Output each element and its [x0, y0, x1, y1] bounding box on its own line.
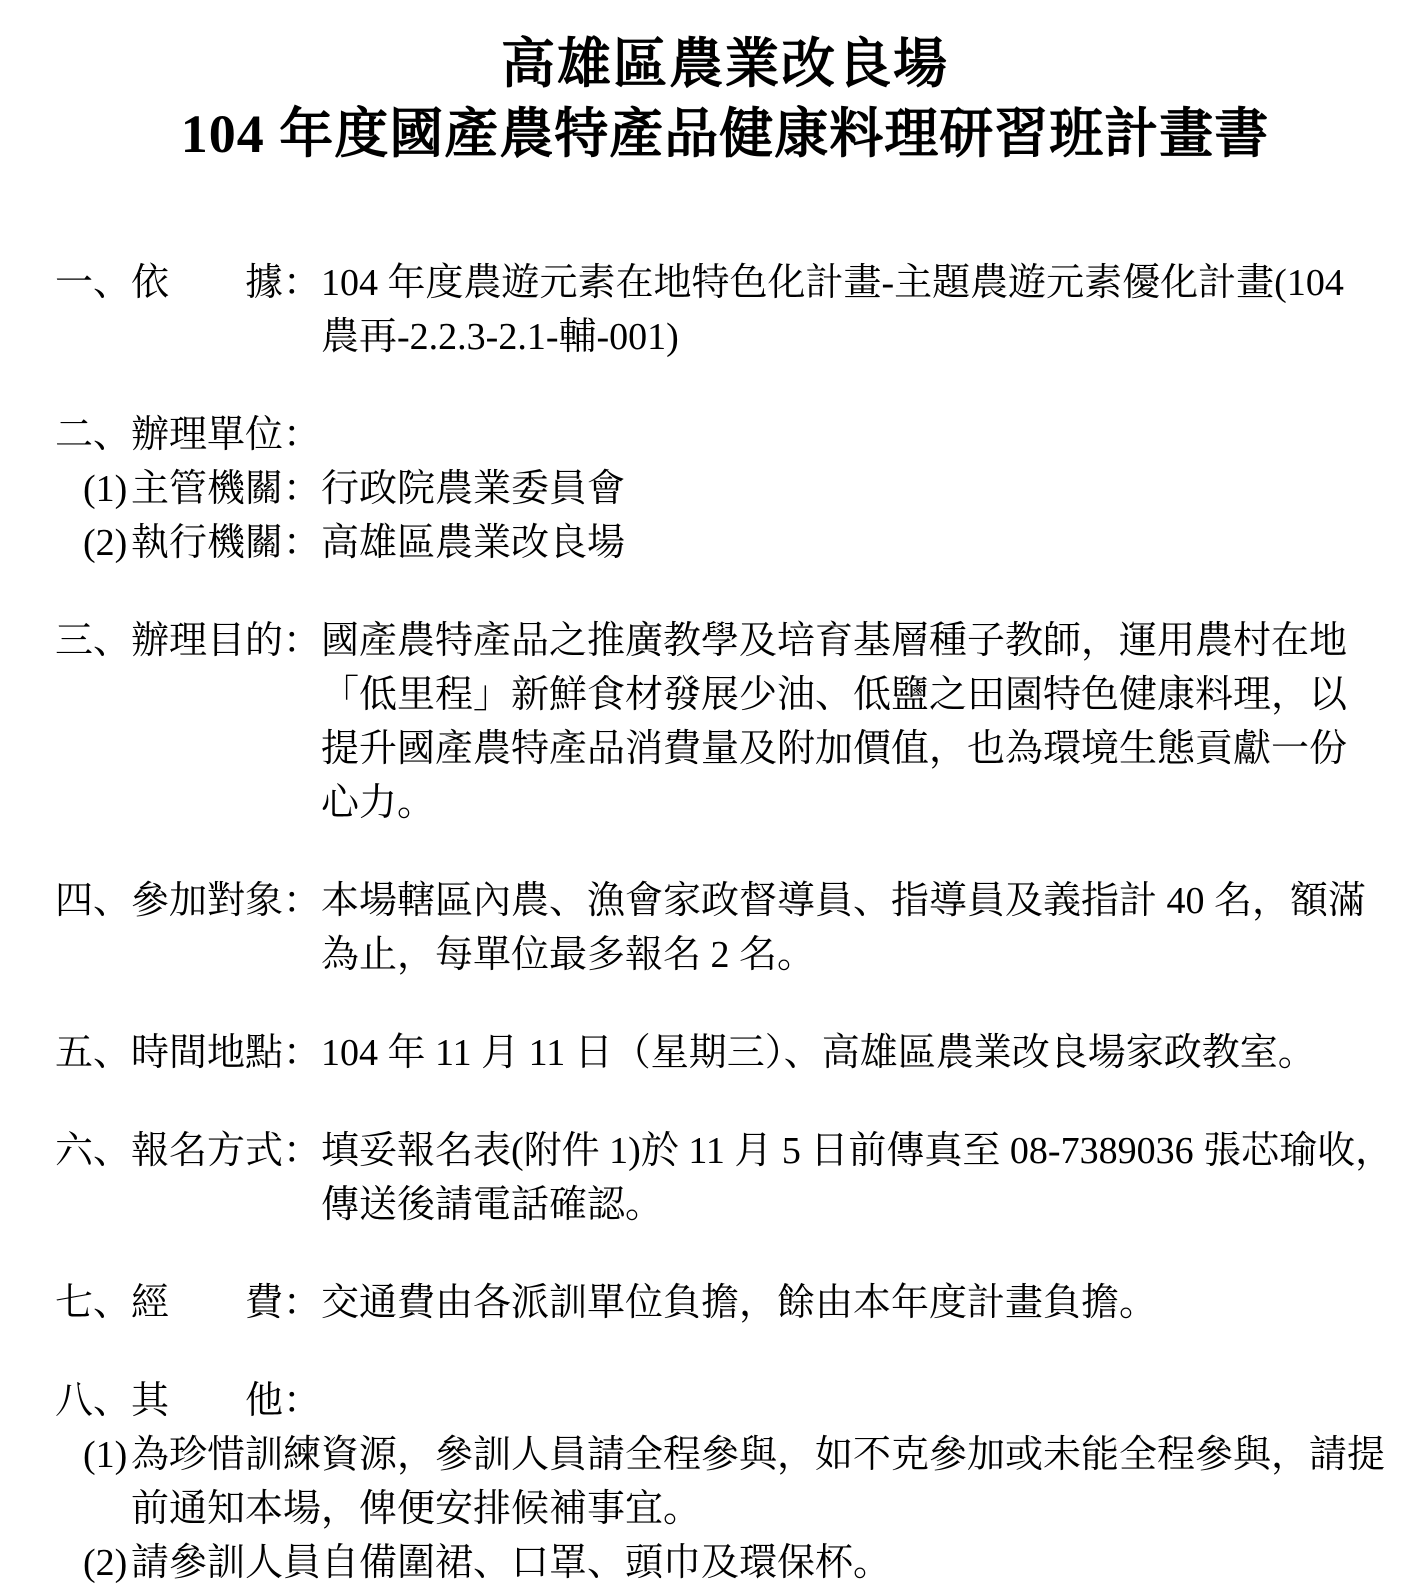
subitem-content: 為珍惜訓練資源，參訓人員請全程參與，如不克參加或未能全程參與，請提 前通知本場，… [131, 1428, 1395, 1536]
section-participants-row: 四、參加對象： 本場轄區內農、漁會家政督導員、指導員及義指計 40 名，額滿 為… [55, 874, 1395, 982]
subitem-content: 執行機關：高雄區農業改良場 [131, 516, 1395, 570]
section-participants-label: 四、參加對象： [55, 874, 321, 928]
text-line: 傳送後請電話確認。 [321, 1178, 1395, 1232]
section-others-row: 八、其 他： [55, 1374, 1395, 1428]
section-funding-row: 七、經 費： 交通費由各派訓單位負擔，餘由本年度計畫負擔。 [55, 1276, 1395, 1330]
section-funding-label: 七、經 費： [55, 1276, 321, 1330]
subitem-number: (1) [83, 1428, 131, 1482]
section-time-place-label: 五、時間地點： [55, 1026, 321, 1080]
section-basis-content: 104 年度農遊元素在地特色化計畫-主題農遊元素優化計畫(104 農再-2.2.… [321, 256, 1395, 364]
section-time-place-row: 五、時間地點： 104 年 11 月 11 日（星期三）、高雄區農業改良場家政教… [55, 1026, 1395, 1080]
subitem-number: (1) [83, 462, 131, 516]
section-purpose-content: 國產農特產品之推廣教學及培育基層種子教師，運用農村在地 「低里程」新鮮食材發展少… [321, 614, 1395, 830]
subitem-attendance-note: (1) 為珍惜訓練資源，參訓人員請全程參與，如不克參加或未能全程參與，請提 前通… [83, 1428, 1395, 1536]
section-funding-content: 交通費由各派訓單位負擔，餘由本年度計畫負擔。 [321, 1276, 1395, 1330]
text-line: 交通費由各派訓單位負擔，餘由本年度計畫負擔。 [321, 1276, 1395, 1330]
text-line: 本場轄區內農、漁會家政督導員、指導員及義指計 40 名，額滿 [321, 874, 1395, 928]
section-participants: 四、參加對象： 本場轄區內農、漁會家政督導員、指導員及義指計 40 名，額滿 為… [55, 874, 1395, 982]
section-time-place-content: 104 年 11 月 11 日（星期三）、高雄區農業改良場家政教室。 [321, 1026, 1395, 1080]
subitem-number: (2) [83, 1536, 131, 1589]
section-others-subitems: (1) 為珍惜訓練資源，參訓人員請全程參與，如不克參加或未能全程參與，請提 前通… [83, 1428, 1395, 1589]
section-registration-label: 六、報名方式： [55, 1124, 321, 1178]
text-line: 國產農特產品之推廣教學及培育基層種子教師，運用農村在地 [321, 614, 1395, 668]
text-line: 請參訓人員自備圍裙、口罩、頭巾及環保杯。 [131, 1536, 1395, 1589]
section-purpose: 三、辦理目的： 國產農特產品之推廣教學及培育基層種子教師，運用農村在地 「低里程… [55, 614, 1395, 830]
section-basis-row: 一、依 據： 104 年度農遊元素在地特色化計畫-主題農遊元素優化計畫(104 … [55, 256, 1395, 364]
text-line: 填妥報名表(附件 1)於 11 月 5 日前傳真至 08-7389036 張芯瑜… [321, 1124, 1395, 1178]
section-others-label: 八、其 他： [55, 1374, 321, 1428]
subitem-number: (2) [83, 516, 131, 570]
text-line: 前通知本場，俾便安排候補事宜。 [131, 1482, 1395, 1536]
section-organizers: 二、辦理單位： (1) 主管機關：行政院農業委員會 (2) 執行機關：高雄區農業… [55, 408, 1395, 570]
section-participants-content: 本場轄區內農、漁會家政督導員、指導員及義指計 40 名，額滿 為止，每單位最多報… [321, 874, 1395, 982]
section-organizers-subitems: (1) 主管機關：行政院農業委員會 (2) 執行機關：高雄區農業改良場 [83, 462, 1395, 570]
section-organizers-label: 二、辦理單位： [55, 408, 321, 462]
section-others: 八、其 他： (1) 為珍惜訓練資源，參訓人員請全程參與，如不克參加或未能全程參… [55, 1374, 1395, 1589]
text-line: 為珍惜訓練資源，參訓人員請全程參與，如不克參加或未能全程參與，請提 [131, 1428, 1395, 1482]
subitem-content: 主管機關：行政院農業委員會 [131, 462, 1395, 516]
subitem-supervising-agency: (1) 主管機關：行政院農業委員會 [83, 462, 1395, 516]
text-line: 提升國產農特產品消費量及附加價值，也為環境生態貢獻一份 [321, 722, 1395, 776]
subitem-bring-items-note: (2) 請參訓人員自備圍裙、口罩、頭巾及環保杯。 [83, 1536, 1395, 1589]
section-funding: 七、經 費： 交通費由各派訓單位負擔，餘由本年度計畫負擔。 [55, 1276, 1395, 1330]
text-line: 執行機關：高雄區農業改良場 [131, 516, 1395, 570]
text-line: 為止，每單位最多報名 2 名。 [321, 928, 1395, 982]
title-org-name: 高雄區農業改良場 [55, 30, 1395, 98]
text-line: 104 年度農遊元素在地特色化計畫-主題農遊元素優化計畫(104 [321, 256, 1395, 310]
subitem-content: 請參訓人員自備圍裙、口罩、頭巾及環保杯。 [131, 1536, 1395, 1589]
text-line: 104 年 11 月 11 日（星期三）、高雄區農業改良場家政教室。 [321, 1026, 1395, 1080]
document-title: 高雄區農業改良場 104 年度國產農特產品健康料理研習班計畫書 [55, 30, 1395, 170]
text-line: 心力。 [321, 776, 1395, 830]
section-purpose-row: 三、辦理目的： 國產農特產品之推廣教學及培育基層種子教師，運用農村在地 「低里程… [55, 614, 1395, 830]
text-line: 農再-2.2.3-2.1-輔-001) [321, 310, 1395, 364]
section-registration-content: 填妥報名表(附件 1)於 11 月 5 日前傳真至 08-7389036 張芯瑜… [321, 1124, 1395, 1232]
section-organizers-row: 二、辦理單位： [55, 408, 1395, 462]
section-basis: 一、依 據： 104 年度農遊元素在地特色化計畫-主題農遊元素優化計畫(104 … [55, 256, 1395, 364]
section-registration-row: 六、報名方式： 填妥報名表(附件 1)於 11 月 5 日前傳真至 08-738… [55, 1124, 1395, 1232]
text-line: 主管機關：行政院農業委員會 [131, 462, 1395, 516]
section-time-place: 五、時間地點： 104 年 11 月 11 日（星期三）、高雄區農業改良場家政教… [55, 1026, 1395, 1080]
subitem-executing-agency: (2) 執行機關：高雄區農業改良場 [83, 516, 1395, 570]
text-line: 「低里程」新鮮食材發展少油、低鹽之田園特色健康料理，以 [321, 668, 1395, 722]
section-purpose-label: 三、辦理目的： [55, 614, 321, 668]
section-basis-label: 一、依 據： [55, 256, 321, 310]
section-registration: 六、報名方式： 填妥報名表(附件 1)於 11 月 5 日前傳真至 08-738… [55, 1124, 1395, 1232]
title-plan-name: 104 年度國產農特產品健康料理研習班計畫書 [55, 98, 1395, 170]
